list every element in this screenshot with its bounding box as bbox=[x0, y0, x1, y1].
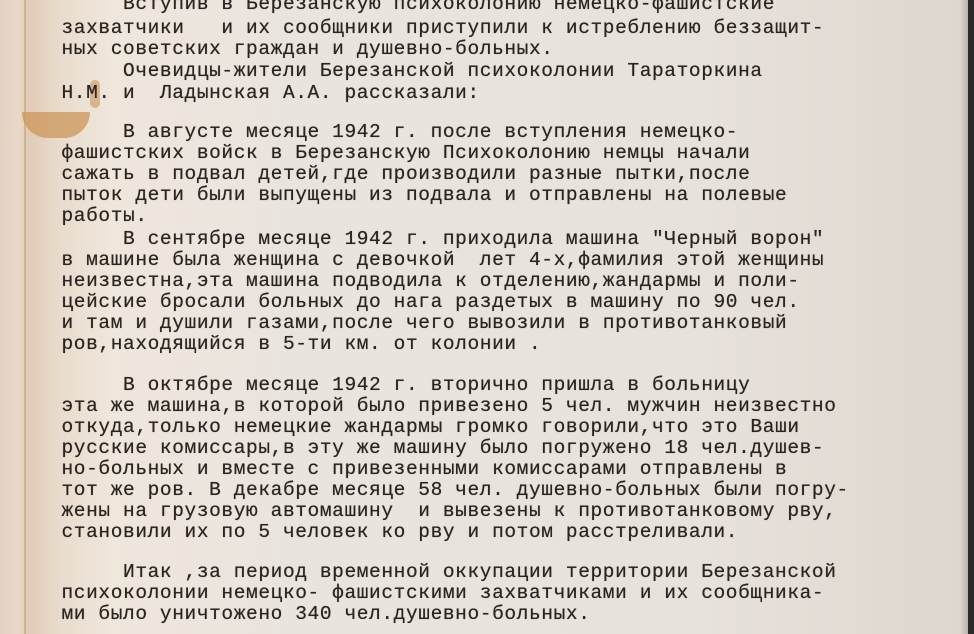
text-line: сажать в подвал детей,где производили ра… bbox=[0, 164, 750, 184]
text-line: ров,находящийся в 5-ти км. от колонии . bbox=[0, 334, 541, 354]
text-line: Очевидцы-жители Березанской психоколонии… bbox=[0, 61, 763, 81]
text-line: Итак ,за период временной оккупации терр… bbox=[0, 562, 837, 582]
text-line: В сентябре месяце 1942 г. приходила маши… bbox=[0, 229, 824, 249]
text-line: тот же ров. В декабре месяце 58 чел. душ… bbox=[0, 480, 849, 500]
text-line: неизвестна,эта машина подводила к отделе… bbox=[0, 271, 800, 291]
text-line: В октябре месяце 1942 г. вторично пришла… bbox=[0, 375, 750, 395]
text-line: Вступив в Березанскую психоколонию немец… bbox=[0, 0, 775, 14]
text-line: и там и душили газами,после чего вывозил… bbox=[0, 313, 787, 333]
text-line: захватчики и их сообщники приступили к и… bbox=[0, 18, 824, 38]
text-line: В августе месяце 1942 г. после вступлени… bbox=[0, 122, 738, 142]
text-line: фашистских войск в Березанскую Психоколо… bbox=[0, 143, 750, 163]
text-line: ных советских граждан и душевно-больных. bbox=[0, 39, 554, 59]
text-line: в машине была женщина с девочкой лет 4-х… bbox=[0, 250, 824, 270]
text-line: откуда,только немецкие жандармы громко г… bbox=[0, 417, 800, 437]
text-line: жены на грузовую автомашину и вывезены к… bbox=[0, 501, 837, 521]
text-line: но-больных и вместе с привезенными комис… bbox=[0, 459, 787, 479]
text-line: цейские бросали больных до нага раздетых… bbox=[0, 292, 800, 312]
text-line: становили их по 5 человек ко рву и потом… bbox=[0, 522, 738, 542]
text-line: ми было уничтожено 340 чел.душевно-больн… bbox=[0, 604, 591, 624]
text-line: Н.М. и Ладынская А.А. рассказали: bbox=[0, 83, 480, 103]
text-line: пыток дети были выпущены из подвала и от… bbox=[0, 185, 787, 205]
text-line: работы. bbox=[0, 206, 148, 226]
document-page: Вступив в Березанскую психоколонию немец… bbox=[0, 0, 974, 634]
page-edge bbox=[968, 0, 974, 634]
text-line: русские комиссары,в эту же машину было п… bbox=[0, 438, 824, 458]
text-line: психоколонии немецко- фашистскими захват… bbox=[0, 583, 824, 603]
text-line: эта же машина,в которой было привезено 5… bbox=[0, 396, 837, 416]
